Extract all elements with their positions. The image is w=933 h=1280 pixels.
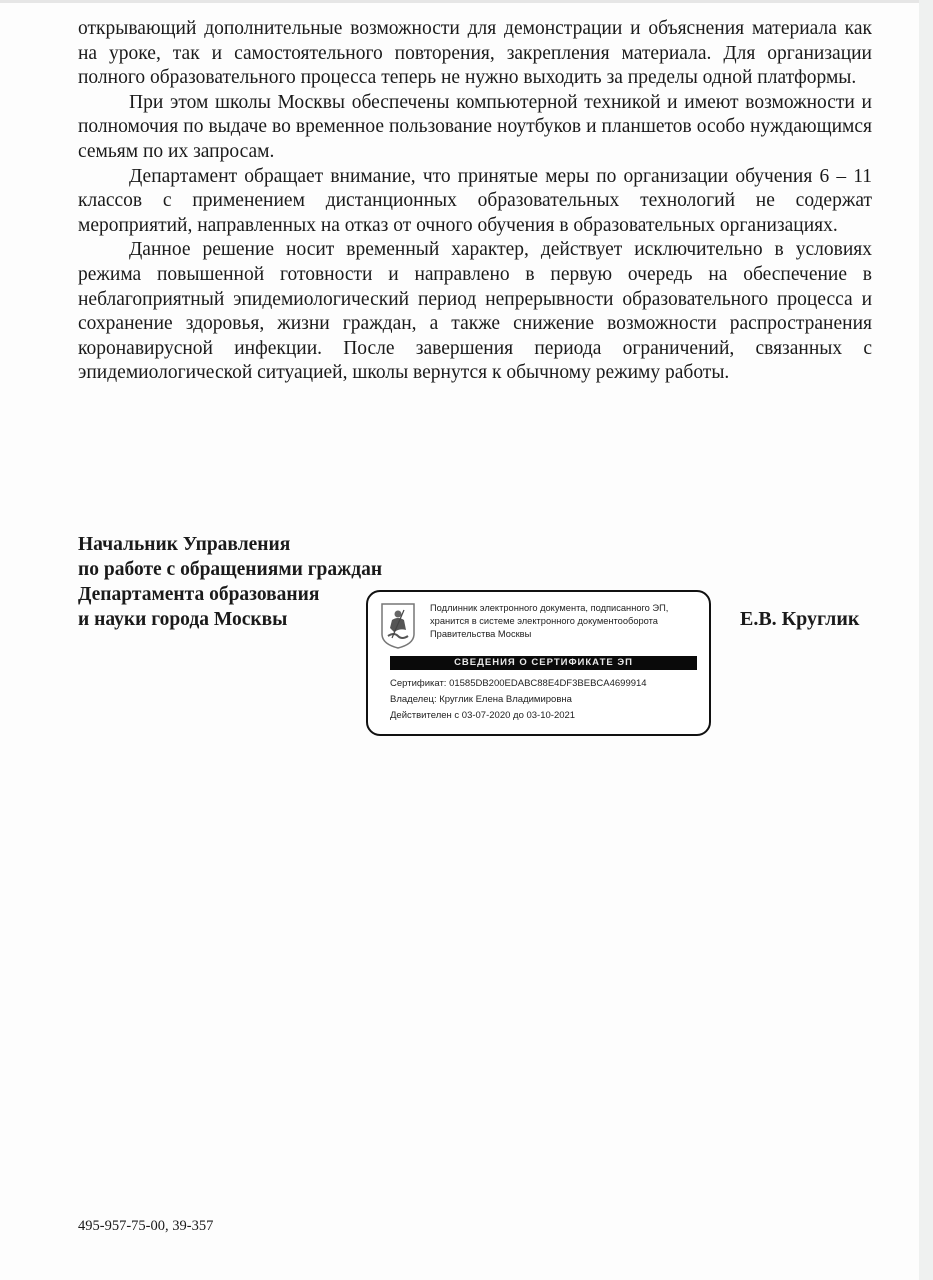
stamp-header: Подлинник электронного документа, подпис… — [430, 602, 668, 641]
signer-name: Е.В. Круглик — [740, 608, 859, 631]
document-page: открывающий дополнительные возможности д… — [0, 3, 919, 1280]
body-text: открывающий дополнительные возможности д… — [78, 17, 872, 386]
contact-phone: 495-957-75-00, 39-357 — [78, 1218, 213, 1235]
certificate-validity: Действителен с 03-07-2020 до 03-10-2021 — [390, 708, 647, 724]
paragraph-3: Департамент обращает внимание, что приня… — [78, 165, 872, 239]
moscow-coat-of-arms-icon — [380, 602, 416, 650]
position-line: Департамента образования — [78, 582, 382, 607]
position-line: Начальник Управления — [78, 532, 382, 557]
certificate-owner: Владелец: Круглик Елена Владимировна — [390, 692, 647, 708]
certificate-details: Сертификат: 01585DB200EDABC88E4DF3BEBCA4… — [390, 676, 647, 724]
right-margin-strip — [919, 0, 933, 1280]
certificate-number: Сертификат: 01585DB200EDABC88E4DF3BEBCA4… — [390, 676, 647, 692]
position-line: по работе с обращениями граждан — [78, 557, 382, 582]
position-line: и науки города Москвы — [78, 607, 382, 632]
signatory-position: Начальник Управления по работе с обращен… — [78, 532, 382, 632]
paragraph-4: Данное решение носит временный характер,… — [78, 238, 872, 386]
paragraph-1: открывающий дополнительные возможности д… — [78, 17, 872, 91]
certificate-info-bar: СВЕДЕНИЯ О СЕРТИФИКАТЕ ЭП — [390, 656, 697, 670]
paragraph-2: При этом школы Москвы обеспечены компьют… — [78, 91, 872, 165]
electronic-signature-stamp: Подлинник электронного документа, подпис… — [366, 590, 711, 736]
